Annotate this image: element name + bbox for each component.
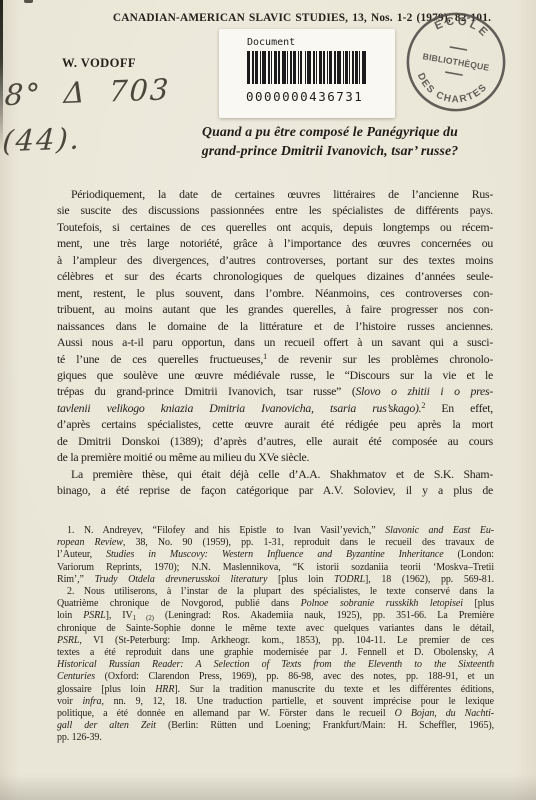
text-line: chronique de Sainte-Sophie donne le même… [57,623,494,635]
text-line: Centuries (Oxford: Clarendon Press, 1969… [57,671,494,683]
text-line: ment, une très large notoriété, grâce à … [57,235,493,251]
barcode-number: 0000000436731 [246,89,363,104]
text-line: té l’une de ces querelles fructueuses,1 … [57,351,493,367]
text-line: politique, a été donnée en allemand par … [57,708,494,720]
text-line: binago, a été reprise de façon catégoriq… [57,482,493,498]
text-line: tavlenii velikogo kniazia Dmitria Ivanov… [57,400,493,416]
text-line: PSRL, VI (St-Peterburg: Imp. Arkheogr. k… [57,635,494,647]
text-line: 2. Nous utiliserons, à l’instar de la pl… [57,586,494,598]
barcode-label: Document [247,37,295,48]
text-line: La première thèse, qui était déjà celle … [57,466,493,482]
text-line: 1. N. Andreyev, “Filofey and his Epistle… [57,525,494,537]
text-line: Toutefois, si certaines de ces querelles… [57,219,493,235]
body-text: Périodiquement, la date de certaines œuv… [57,186,493,499]
text-line: ment, restent, le plus souvent, dans l’o… [57,285,493,301]
text-line: de la première moitié ou même au milieu … [57,449,493,465]
text-line: Aussi nous a-t-il paru opportun, dans un… [57,334,493,350]
text-line: gall der alten Zeit (Berlin: Rütten und … [57,720,494,732]
text-line: Périodiquement, la date de certaines œuv… [57,186,493,202]
text-line: célèbres et sur des écarts chronologique… [57,268,493,284]
scan-artifact-mark [24,0,33,3]
stamp-middle-text: BIBLIOTHÈQUE [422,51,490,73]
article-title: Quand a pu être composé le Panégyrique d… [150,123,510,160]
library-stamp-icon: ÉCOLE BIBLIOTHÈQUE DES CHARTES [402,8,510,116]
text-line: tribuent, au moins autant que les grande… [57,301,493,317]
scanned-page: CANADIAN-AMERICAN SLAVIC STUDIES, 13, No… [0,0,536,800]
text-line: d’après certains spécialistes, cette œuv… [57,416,493,432]
text-line: Variorum Reprints, 1970); N.N. Maslennik… [57,562,494,574]
text-line: de Dmitrii Donskoi (1389); d’après d’aut… [57,433,493,449]
stamp-divider-bottom [445,72,462,75]
text-line: Rim’,” Trudy Otdela drevnerusskoi litera… [57,574,494,586]
text-line: à l’ampleur des divergences, d’autres co… [57,252,493,268]
text-line: voir infra, nn. 9, 12, 18. Une traductio… [57,696,494,708]
barcode-bars [247,51,385,84]
text-line: giques que soulève une œuvre médiévale r… [57,367,493,383]
title-line-1: Quand a pu être composé le Panégyrique d… [150,123,510,142]
text-line: ropean Review, 38, No. 90 (1959), pp. 1-… [57,537,494,549]
stamp-divider-top [450,47,467,50]
text-line: pp. 126-39. [57,732,494,744]
footnotes: 1. N. Andreyev, “Filofey and his Epistle… [57,525,494,745]
text-line: naissances dans le domaine de la littéra… [57,318,493,334]
paragraph: La première thèse, qui était déjà celle … [57,466,493,499]
text-line: textes a été reproduit dans une graphie … [57,647,494,659]
title-line-2: grand-prince Dmitrii Ivanovich, tsar’ ru… [150,142,510,161]
text-line: trépas du grand-prince Dmitrii Ivanovich… [57,383,493,399]
text-line: loin PSRL], IV1 (2) (Leningrad: Ros. Aka… [57,610,494,622]
text-line: Historical Russian Reader: A Selection o… [57,659,494,671]
text-line: Quatrième chronique de Novgorod, publié … [57,598,494,610]
text-line: glossaire [plus loin HRR]. Sur la tradit… [57,684,494,696]
text-line: l’Auteur, Studies in Muscovy: Western In… [57,549,494,561]
paragraph: Périodiquement, la date de certaines œuv… [57,186,493,466]
barcode-sticker: Document 0000000436731 [219,29,395,118]
text-line: sie suscite des discussions passionnées … [57,202,493,218]
